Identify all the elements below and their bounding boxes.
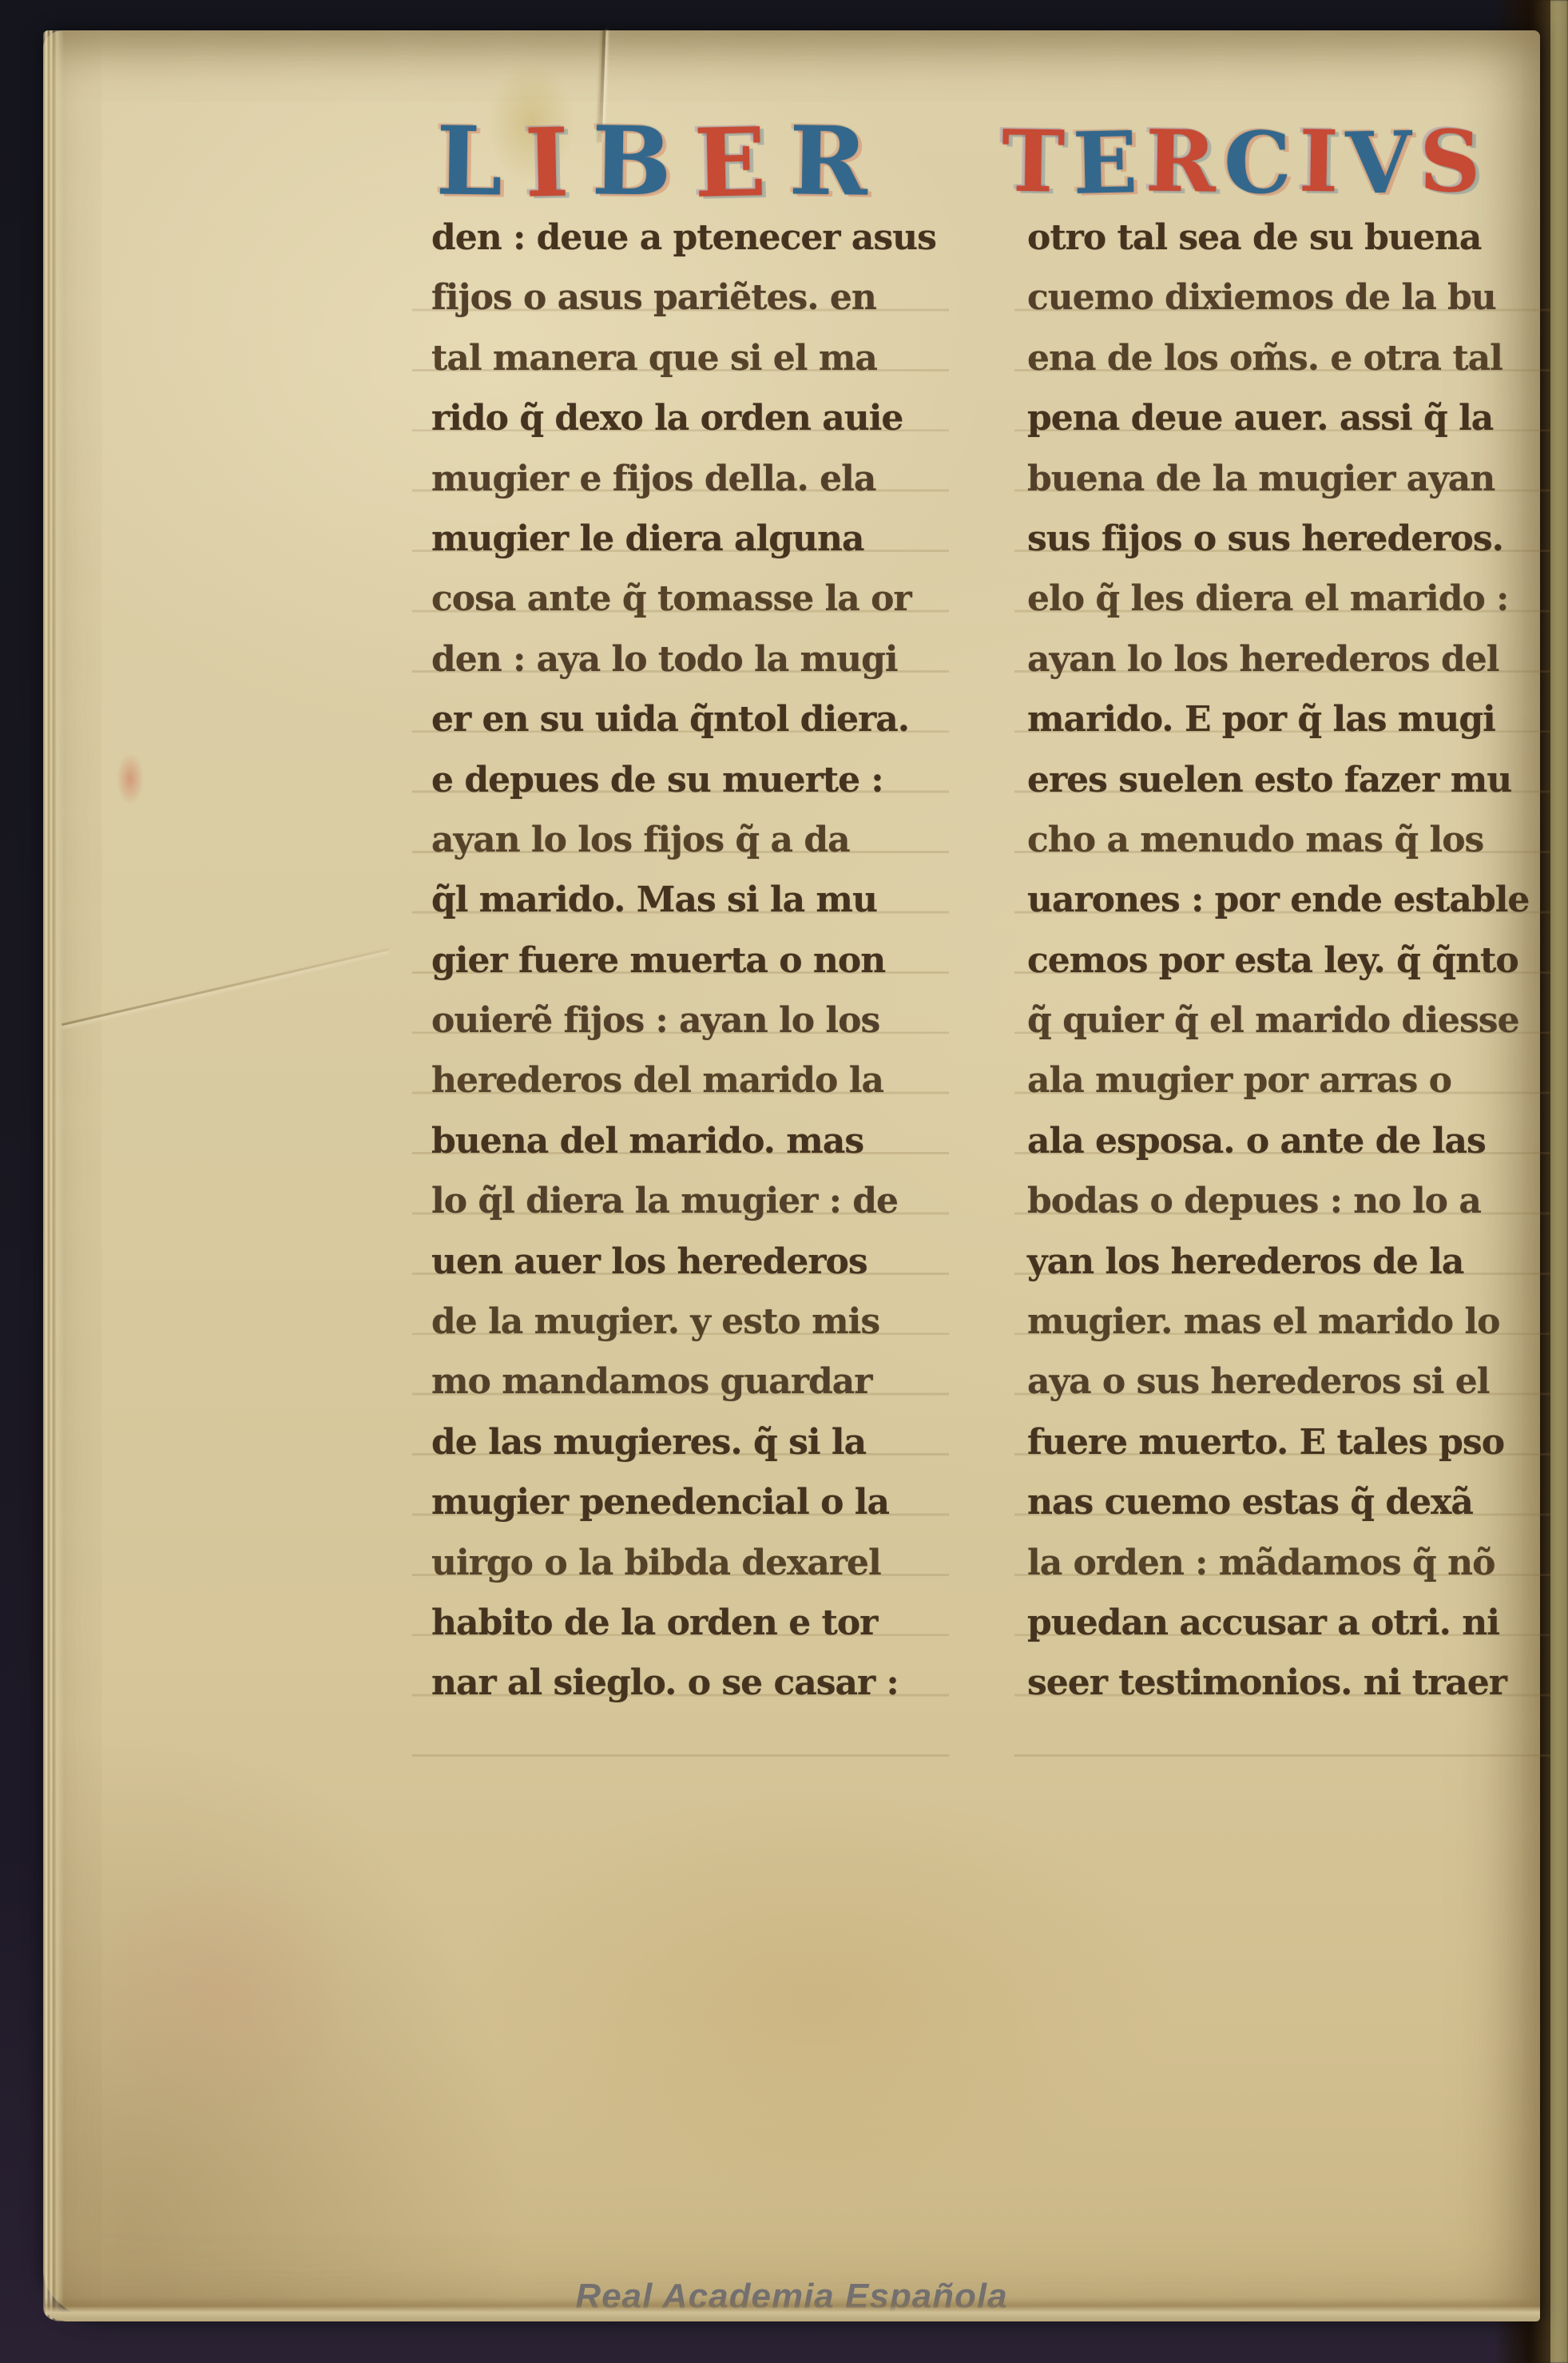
parchment-stain <box>458 1788 1177 2203</box>
manuscript-text-line: buena del marido. mas <box>431 1111 922 1171</box>
manuscript-text-line: ena de los om̃s. e otra tal <box>1027 328 1538 388</box>
illuminated-letter-b: B <box>591 116 672 206</box>
manuscript-text-line: aya o sus herederos si el <box>1027 1352 1538 1412</box>
manuscript-text-line: sus fijos o sus herederos. <box>1027 509 1538 569</box>
illuminated-letter-r: R <box>788 116 868 206</box>
manuscript-text-line: buena de la mugier ayan <box>1027 449 1538 509</box>
manuscript-text-line: elo q̃ les diera el marido : <box>1027 569 1538 629</box>
running-title: LIBER TERCIVS <box>43 117 1540 220</box>
manuscript-text-line: seer testimonios. ni traer <box>1027 1653 1538 1713</box>
manuscript-text-line: uen auer los herederos <box>431 1232 922 1292</box>
manuscript-text-line: eres suelen esto fazer mu <box>1027 750 1538 810</box>
illuminated-letter-v: V <box>1345 117 1413 208</box>
running-title-liber: LIBER <box>436 117 867 206</box>
manuscript-text-line: fijos o asus pariẽtes. en <box>431 268 922 328</box>
text-column-right: otro tal sea de su buenacuemo dixiemos d… <box>1027 208 1538 1714</box>
margin-red-smudge <box>117 753 144 804</box>
manuscript-text-line: puedan accusar a otri. ni <box>1027 1593 1538 1653</box>
manuscript-text-line: ouierẽ fijos : ayan lo los <box>431 991 922 1050</box>
illuminated-letter-c: C <box>1222 117 1292 208</box>
manuscript-text-line: marido. E por q̃ las mugi <box>1027 689 1538 749</box>
manuscript-text-line: mugier e fijos della. ela <box>431 449 922 509</box>
parchment-crease <box>62 948 389 1026</box>
manuscript-text-line: q̃ quier q̃ el marido diesse <box>1027 991 1538 1050</box>
photo-backdrop: LIBER TERCIVS den : deue a ptenecer asus… <box>0 0 1568 2363</box>
manuscript-text-line: ala esposa. o ante de las <box>1027 1111 1538 1171</box>
illuminated-letter-t: T <box>1001 116 1065 206</box>
manuscript-text-line: nar al sieglo. o se casar : <box>431 1653 922 1713</box>
illuminated-letter-e: E <box>1072 117 1138 208</box>
manuscript-text-line: mugier penedencial o la <box>431 1472 922 1532</box>
parchment-stain <box>91 1860 355 2123</box>
manuscript-text-line: den : aya lo todo la mugi <box>431 629 922 689</box>
manuscript-text-line: ayan lo los fijos q̃ a da <box>431 810 922 870</box>
illuminated-letter-l: L <box>435 116 503 206</box>
manuscript-text-line: ala mugier por arras o <box>1027 1050 1538 1110</box>
manuscript-text-line: yan los herederos de la <box>1027 1232 1538 1292</box>
manuscript-text-line: de la mugier. y esto mis <box>431 1292 922 1352</box>
manuscript-text-line: mo mandamos guardar <box>431 1352 922 1412</box>
illuminated-letter-i: I <box>1298 117 1339 207</box>
text-column-left: den : deue a ptenecer asusfijos o asus p… <box>431 208 922 1714</box>
manuscript-text-line: lo q̃l diera la mugier : de <box>431 1171 922 1231</box>
manuscript-text-line: er en su uida q̃ntol diera. <box>431 689 922 749</box>
manuscript-text-line: den : deue a ptenecer asus <box>431 208 922 268</box>
manuscript-text-line: mugier le diera alguna <box>431 509 922 569</box>
illuminated-letter-i: I <box>524 117 570 208</box>
manuscript-text-line: e depues de su muerte : <box>431 750 922 810</box>
manuscript-text-line: ayan lo los herederos del <box>1027 629 1538 689</box>
manuscript-text-line: tal manera que si el ma <box>431 328 922 388</box>
running-title-tercius: TERCIVS <box>1002 117 1481 206</box>
manuscript-page: LIBER TERCIVS den : deue a ptenecer asus… <box>43 30 1540 2321</box>
manuscript-text-line: nas cuemo estas q̃ dexã <box>1027 1472 1538 1532</box>
manuscript-text-line: uirgo o la bibda dexarel <box>431 1533 922 1593</box>
illuminated-letter-e: E <box>693 117 767 208</box>
illuminated-letter-s: S <box>1419 116 1482 206</box>
manuscript-text-line: otro tal sea de su buena <box>1027 208 1538 268</box>
manuscript-text-line: cuemo dixiemos de la bu <box>1027 268 1538 328</box>
illuminated-letter-r: R <box>1145 116 1217 206</box>
manuscript-text-line: q̃l marido. Mas si la mu <box>431 870 922 930</box>
manuscript-text-line: rido q̃ dexo la orden auie <box>431 388 922 448</box>
manuscript-text-line: fuere muerto. E tales pso <box>1027 1412 1538 1472</box>
manuscript-text-line: cemos por esta ley. q̃ q̃nto <box>1027 931 1538 991</box>
manuscript-text-line: de las mugieres. q̃ si la <box>431 1412 922 1472</box>
manuscript-text-line: habito de la orden e tor <box>431 1593 922 1653</box>
manuscript-text-line: bodas o depues : no lo a <box>1027 1171 1538 1231</box>
manuscript-text-line: pena deue auer. assi q̃ la <box>1027 388 1538 448</box>
manuscript-text-line: cho a menudo mas q̃ los <box>1027 810 1538 870</box>
manuscript-text-line: la orden : mãdamos q̃ nõ <box>1027 1533 1538 1593</box>
manuscript-text-line: mugier. mas el marido lo <box>1027 1292 1538 1352</box>
manuscript-text-line: uarones : por ende estable <box>1027 870 1538 930</box>
manuscript-text-line: herederos del marido la <box>431 1050 922 1110</box>
manuscript-text-line: cosa ante q̃ tomasse la or <box>431 569 922 629</box>
library-watermark: Real Academia Española <box>43 2277 1540 2317</box>
manuscript-text-line: gier fuere muerta o non <box>431 931 922 991</box>
